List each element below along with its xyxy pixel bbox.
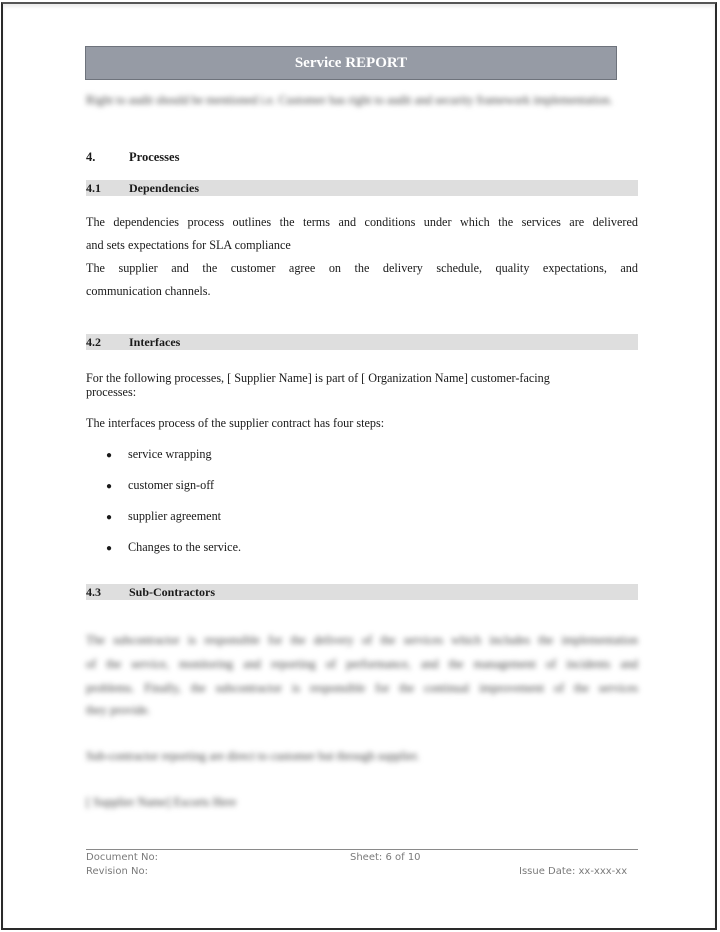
bullet-icon: ● [106, 543, 128, 554]
interfaces-para2: The interfaces process of the supplier c… [86, 416, 638, 431]
subsection-heading-sub-contractors: 4.3Sub-Contractors [86, 584, 638, 600]
dependencies-para2-line1: The supplier and the customer agree on t… [86, 261, 638, 276]
footer-issue-date: Issue Date: xx-xxx-xx [519, 866, 627, 877]
dependencies-para1-line2: and sets expectations for SLA compliance [86, 238, 638, 253]
section-heading-processes: 4.Processes [86, 150, 179, 165]
subsection-title: Interfaces [129, 335, 180, 349]
subsection-title: Dependencies [129, 181, 199, 195]
bullet-icon: ● [106, 450, 128, 461]
subcontractors-para2-blurred: Sub-contractor reporting are direct to c… [86, 749, 638, 764]
subsection-number: 4.2 [86, 334, 129, 350]
intro-paragraph-blurred: Right to audit should be mentioned i.e. … [86, 90, 638, 111]
footer-document-no: Document No: [86, 852, 158, 863]
list-item: ●service wrapping [106, 447, 212, 462]
subsection-title: Sub-Contractors [129, 585, 215, 599]
subcontractors-para3-blurred: [ Supplier Name] Escorts Here [86, 795, 638, 810]
footer-revision-no: Revision No: [86, 866, 148, 877]
section-number: 4. [86, 150, 129, 165]
document-title: Service REPORT [295, 55, 407, 72]
document-title-bar: Service REPORT [85, 46, 617, 80]
footer-sheet-number: Sheet: 6 of 10 [350, 852, 421, 863]
list-item: ●customer sign-off [106, 478, 214, 493]
bullet-icon: ● [106, 481, 128, 492]
section-title: Processes [129, 150, 179, 164]
subcontractors-para1-line1-blurred: The subcontractor is responsible for the… [86, 633, 638, 648]
dependencies-para1-line1: The dependencies process outlines the te… [86, 215, 638, 230]
subcontractors-para1-line4-blurred: they provide. [86, 703, 638, 718]
subsection-number: 4.1 [86, 180, 129, 196]
interfaces-para1-line2: processes: [86, 385, 638, 400]
footer-divider [86, 849, 638, 850]
subsection-heading-dependencies: 4.1Dependencies [86, 180, 638, 196]
interfaces-para1-line1: For the following processes, [ Supplier … [86, 371, 638, 386]
subcontractors-para1-line3-blurred: problems. Finally, the subcontractor is … [86, 681, 638, 696]
subsection-heading-interfaces: 4.2Interfaces [86, 334, 638, 350]
bullet-icon: ● [106, 512, 128, 523]
dependencies-para2-line2: communication channels. [86, 284, 638, 299]
subcontractors-para1-line2-blurred: of the service, monitoring and reporting… [86, 657, 638, 672]
list-item: ●supplier agreement [106, 509, 221, 524]
subsection-number: 4.3 [86, 584, 129, 600]
list-item: ●Changes to the service. [106, 540, 241, 555]
page-frame [1, 2, 717, 930]
